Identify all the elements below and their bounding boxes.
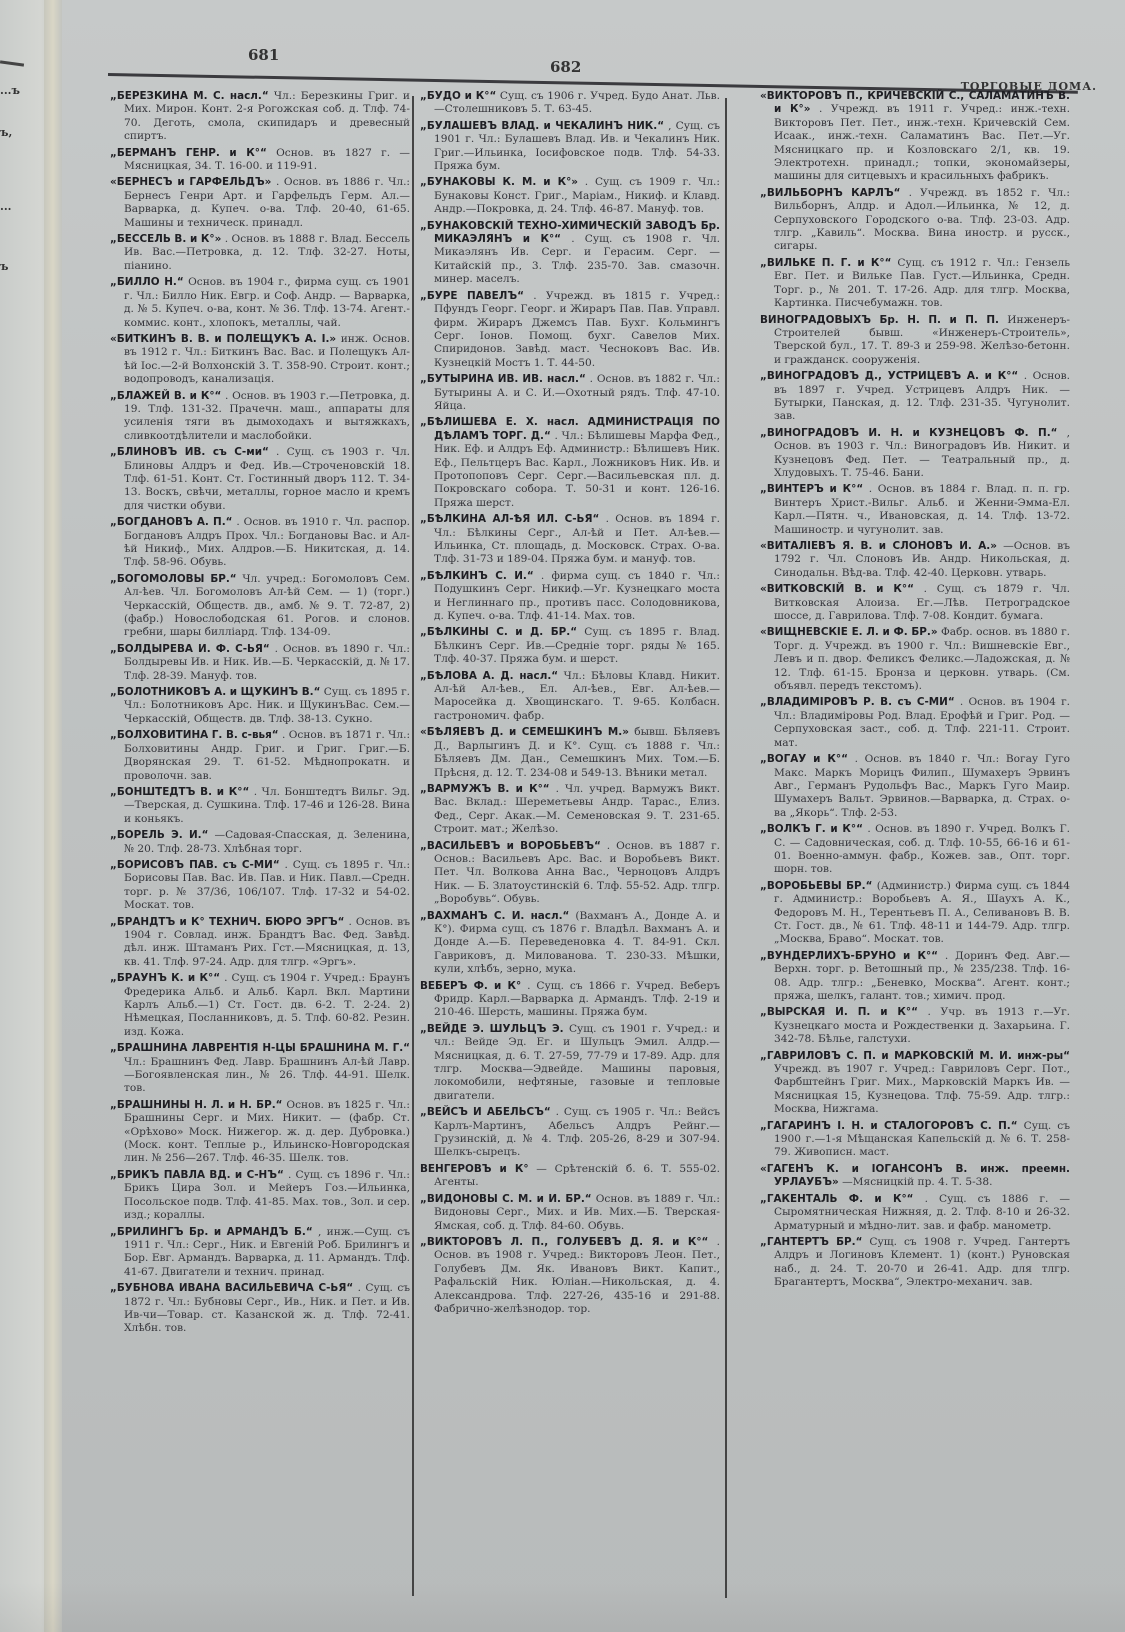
firm-name: „БѢЛКИНА АЛ-ѢЯ ИЛ. С-ЬЯ“ bbox=[420, 513, 599, 525]
directory-entry: „ВИЛЬКЕ П. Г. и К°“ Сущ. съ 1912 г. Чл.:… bbox=[760, 257, 1070, 311]
firm-name: „ВАСИЛЬЕВЪ и ВОРОБЬЕВЪ“ bbox=[420, 840, 601, 852]
directory-entry: „ВИНТЕРЪ и К°“ . Основ. въ 1884 г. Влад.… bbox=[760, 483, 1070, 537]
previous-page-fragment: ъ bbox=[0, 260, 8, 273]
directory-entry: „БОРЕЛЬ Э. И.“ —Садовая-Спасская, д. Зел… bbox=[110, 829, 410, 856]
directory-entry: „БРАНДТЪ и К° ТЕХНИЧ. БЮРО ЭРГЪ“ . Основ… bbox=[110, 916, 410, 970]
directory-entry: „БУЛАШЕВЪ ВЛАД. и ЧЕКАЛИНЪ НИК.“ , Сущ. … bbox=[420, 120, 720, 174]
firm-name: „БЛИНОВЪ ИВ. съ С-ми“ bbox=[110, 446, 269, 458]
directory-entry: «ВИЩНЕВСКІЕ Е. Л. и Ф. БР.» Фабр. основ.… bbox=[760, 626, 1070, 693]
directory-entry: „БИЛЛО Н.“ Основ. въ 1904 г., фирма сущ.… bbox=[110, 276, 410, 330]
firm-name: „БРАУНЪ К. и К°“ bbox=[110, 972, 220, 984]
firm-name: „БРИЛИНГЪ Бр. и АРМАНДЪ Б.“ bbox=[110, 1226, 313, 1238]
firm-name: „ВОЛКЪ Г. и К°“ bbox=[760, 823, 863, 835]
page-number-right: 682 bbox=[550, 58, 581, 76]
directory-entry: „БѢЛКИНЪ С. И.“ . фирма сущ. съ 1840 г. … bbox=[420, 570, 720, 624]
directory-entry: „БОЛОТНИКОВЪ А. и ЩУКИНЪ В.“ Сущ. съ 189… bbox=[110, 686, 410, 726]
firm-name: „БУНАКОВЫ К. М. и К°» bbox=[420, 176, 578, 188]
directory-entry: „БѢЛКИНЫ С. и Д. БР.“ Сущ. съ 1895 г. Вл… bbox=[420, 626, 720, 666]
firm-name: «БЕРНЕСЪ и ГАРФЕЛЬДЪ» bbox=[110, 176, 271, 188]
directory-entry: „БОРИСОВЪ ПАВ. съ С-МИ“ . Сущ. съ 1895 г… bbox=[110, 859, 410, 913]
directory-entry: „ВИНОГРАДОВЪ Д., УСТРИЦЕВЪ А. и К°“ . Ос… bbox=[760, 370, 1070, 424]
directory-entry: „БУНАКОВСКІЙ ТЕХНО-ХИМИЧЕСКІЙ ЗАВОДЪ Бр.… bbox=[420, 220, 720, 287]
directory-entry: „БЕРМАНЪ ГЕНР. и К°“ Основ. въ 1827 г. —… bbox=[110, 147, 410, 174]
directory-entry: „БѢЛИШЕВА Е. Х. насл. АДМИНИСТРАЦІЯ ПО Д… bbox=[420, 416, 720, 510]
firm-name: „БОЛХОВИТИНА Г. В. с-вья“ bbox=[110, 729, 279, 741]
directory-entry: „ВАРМУЖЪ В. и К°“ . Чл. учред. Вармужъ В… bbox=[420, 783, 720, 837]
column-middle: „БУДО и К°“ Сущ. съ 1906 г. Учред. Будо … bbox=[420, 90, 720, 1319]
firm-name: „ВОРОБЬЕВЫ БР.“ bbox=[760, 880, 872, 892]
directory-entry: «БЕРНЕСЪ и ГАРФЕЛЬДЪ» . Основ. въ 1886 г… bbox=[110, 176, 410, 230]
firm-name: «ВИТАЛІЕВЪ Я. В. и СЛОНОВЪ И. А.» bbox=[760, 540, 997, 552]
firm-name: «БИТКИНЪ В. В. и ПОЛЕЩУКЪ А. І.» bbox=[110, 333, 336, 345]
firm-name: „ВЛАДИМІРОВЪ Р. В. съ С-МИ“ bbox=[760, 696, 955, 708]
directory-entry: „БОГОМОЛОВЫ БР.“ Чл. учред.: Богомоловъ … bbox=[110, 573, 410, 640]
directory-entry: ВЕНГЕРОВЪ и К° — Срѣтенскій б. 6. Т. 555… bbox=[420, 1163, 720, 1190]
directory-entry: „БУРЕ ПАВЕЛЪ“ . Учрежд. въ 1815 г. Учред… bbox=[420, 290, 720, 370]
directory-entry: „ВЛАДИМІРОВЪ Р. В. съ С-МИ“ . Основ. въ … bbox=[760, 696, 1070, 750]
directory-entry: „ВУНДЕРЛИХЪ-БРУНО и К°“ . Доринъ Фед. Ав… bbox=[760, 950, 1070, 1004]
directory-entry: «БѢЛЯЕВЪ Д. и СЕМЕШКИНЪ М.» бывш. Бѣляев… bbox=[420, 726, 720, 780]
directory-entry: «ГАГЕНЪ К. и ІОГАНСОНЪ В. инж. преемн. У… bbox=[760, 1163, 1070, 1190]
firm-name: „ВЕЙСЪ И АБЕЛЬСЪ“ bbox=[420, 1106, 551, 1118]
firm-name: „БЕРЕЗКИНА М. С. насл.“ bbox=[110, 90, 269, 102]
firm-name: «БѢЛЯЕВЪ Д. и СЕМЕШКИНЪ М.» bbox=[420, 726, 629, 738]
firm-name: „БЛАЖЕЙ В. и К°“ bbox=[110, 390, 221, 402]
directory-entry: „ВИНОГРАДОВЪ И. Н. и КУЗНЕЦОВЪ Ф. П.“ , … bbox=[760, 427, 1070, 481]
firm-name: „БРИКЪ ПАВЛА ВД. и С-НЪ“ bbox=[110, 1169, 284, 1181]
firm-name: „БОЛОТНИКОВЪ А. и ЩУКИНЪ В.“ bbox=[110, 686, 320, 698]
previous-page-rule bbox=[0, 60, 24, 66]
firm-name: „БѢЛОВА А. Д. насл.“ bbox=[420, 670, 558, 682]
directory-entry: „БЛИНОВЪ ИВ. съ С-ми“ . Сущ. съ 1903 г. … bbox=[110, 446, 410, 513]
firm-name: „БѢЛКИНЪ С. И.“ bbox=[420, 570, 534, 582]
firm-name: ВЕБЕРЪ Ф. и К° bbox=[420, 980, 521, 992]
previous-page-fragment: ъ, bbox=[0, 126, 12, 139]
firm-name: „БОРЕЛЬ Э. И.“ bbox=[110, 829, 208, 841]
directory-entry: „ВОГАУ и К°“ . Основ. въ 1840 г. Чл.: Во… bbox=[760, 753, 1070, 820]
entry-details: . Учрежд. въ 1911 г. Учред.: инж.-техн. … bbox=[774, 103, 1070, 182]
page-bottom-shadow bbox=[0, 1582, 1125, 1632]
directory-entry: „БРАШНИНА ЛАВРЕНТІЯ Н-ЦЫ БРАШНИНА М. Г.“… bbox=[110, 1042, 410, 1096]
page-number-left: 681 bbox=[248, 46, 279, 64]
directory-entry: „ВИДОНОВЫ С. М. и И. БР.“ Основ. въ 1889… bbox=[420, 1193, 720, 1233]
firm-name: „ВИДОНОВЫ С. М. и И. БР.“ bbox=[420, 1193, 592, 1205]
directory-entry: „ВИКТОРОВЪ Л. П., ГОЛУБЕВЪ Д. Я. и К°“ .… bbox=[420, 1236, 720, 1316]
previous-page-fragment: ...ъ bbox=[0, 84, 20, 97]
directory-entry: „ВЕЙДЕ Э. ШУЛЬЦЪ Э. Сущ. съ 1901 г. Учре… bbox=[420, 1023, 720, 1103]
firm-name: „ВОГАУ и К°“ bbox=[760, 753, 848, 765]
firm-name: „БУТЫРИНА ИВ. ИВ. насл.“ bbox=[420, 373, 586, 385]
firm-name: „ГАГАРИНЪ І. Н. и СТАЛОГОРОВЪ С. П.“ bbox=[760, 1120, 1018, 1132]
firm-name: ВИНОГРАДОВЫХЪ Бр. Н. П. и П. П. bbox=[760, 314, 999, 326]
directory-entry: „БОГДАНОВЪ А. П.“ . Основ. въ 1910 г. Чл… bbox=[110, 516, 410, 570]
firm-name: «ВИТКОВСКІЙ В. и К°“ bbox=[760, 583, 914, 595]
directory-entry: „ВОЛКЪ Г. и К°“ . Основ. въ 1890 г. Учре… bbox=[760, 823, 1070, 877]
directory-entry: „ГАНТЕРТЪ БР.“ Сущ. съ 1908 г. Учред. Га… bbox=[760, 1236, 1070, 1290]
directory-entry: „ВИЛЬБОРНЪ КАРЛЪ“ . Учрежд. въ 1852 г. Ч… bbox=[760, 187, 1070, 254]
firm-name: „БѢЛКИНЫ С. и Д. БР.“ bbox=[420, 626, 577, 638]
firm-name: „БУБНОВА ИВАНА ВАСИЛЬЕВИЧА С-ЬЯ“ bbox=[110, 1282, 353, 1294]
directory-entry: „ВОРОБЬЕВЫ БР.“ (Администр.) Фирма сущ. … bbox=[760, 880, 1070, 947]
directory-entry: „БУДО и К°“ Сущ. съ 1906 г. Учред. Будо … bbox=[420, 90, 720, 117]
firm-name: „БРАШНИНА ЛАВРЕНТІЯ Н-ЦЫ БРАШНИНА М. Г.“ bbox=[110, 1042, 410, 1054]
firm-name: „БОРИСОВЪ ПАВ. съ С-МИ“ bbox=[110, 859, 280, 871]
previous-page-fragment: ... bbox=[0, 200, 12, 213]
book-gutter bbox=[44, 0, 62, 1632]
firm-name: „БУЛАШЕВЪ ВЛАД. и ЧЕКАЛИНЪ НИК.“ bbox=[420, 120, 664, 132]
firm-name: „ВИЛЬКЕ П. Г. и К°“ bbox=[760, 257, 891, 269]
firm-name: „БОНШТЕДТЪ В. и К°“ bbox=[110, 786, 249, 798]
firm-name: «ВИЩНЕВСКІЕ Е. Л. и Ф. БР.» bbox=[760, 626, 938, 638]
directory-entry: „БЛАЖЕЙ В. и К°“ . Основ. въ 1903 г.—Пет… bbox=[110, 390, 410, 444]
directory-entry: „БОЛДЫРЕВА И. Ф. С-ЬЯ“ . Основ. въ 1890 … bbox=[110, 643, 410, 683]
firm-name: „БИЛЛО Н.“ bbox=[110, 276, 184, 288]
directory-entry: «БИТКИНЪ В. В. и ПОЛЕЩУКЪ А. І.» инж. Ос… bbox=[110, 333, 410, 387]
firm-name: „ВИЛЬБОРНЪ КАРЛЪ“ bbox=[760, 187, 901, 199]
directory-entry: „БОЛХОВИТИНА Г. В. с-вья“ . Основ. въ 18… bbox=[110, 729, 410, 783]
directory-entry: ВИНОГРАДОВЫХЪ Бр. Н. П. и П. П. Инженеръ… bbox=[760, 314, 1070, 368]
firm-name: „БОЛДЫРЕВА И. Ф. С-ЬЯ“ bbox=[110, 643, 270, 655]
directory-entry: „ВЕЙСЪ И АБЕЛЬСЪ“ . Сущ. съ 1905 г. Чл.:… bbox=[420, 1106, 720, 1160]
entry-details: Чл.: Брашнинъ Фед. Лавр. Брашнинъ Ал-ѣй … bbox=[124, 1056, 410, 1095]
directory-entry: «ВИТАЛІЕВЪ Я. В. и СЛОНОВЪ И. А.» —Основ… bbox=[760, 540, 1070, 580]
firm-name: „БЕССЕЛЬ В. и К°» bbox=[110, 233, 221, 245]
firm-name: „ГАНТЕРТЪ БР.“ bbox=[760, 1236, 862, 1248]
directory-entry: ВЕБЕРЪ Ф. и К° . Сущ. съ 1866 г. Учред. … bbox=[420, 980, 720, 1020]
directory-entry: „БРАШНИНЫ Н. Л. и Н. БР.“ Основ. въ 1825… bbox=[110, 1099, 410, 1166]
firm-name: „ВАХМАНЪ С. И. насл.“ bbox=[420, 910, 569, 922]
entry-details: —Мясницкій пр. 4. Т. 5-38. bbox=[842, 1176, 992, 1188]
firm-name: „ВИНТЕРЪ и К°“ bbox=[760, 483, 863, 495]
directory-entry: „БУНАКОВЫ К. М. и К°» . Сущ. съ 1909 г. … bbox=[420, 176, 720, 216]
column-left: „БЕРЕЗКИНА М. С. насл.“ Чл.: Березкины Г… bbox=[110, 90, 410, 1339]
directory-entry: „БРИЛИНГЪ Бр. и АРМАНДЪ Б.“ , инж.—Сущ. … bbox=[110, 1226, 410, 1280]
firm-name: „БОГОМОЛОВЫ БР.“ bbox=[110, 573, 237, 585]
directory-entry: „ГАВРИЛОВЪ С. П. и МАРКОВСКІЙ М. И. инж-… bbox=[760, 1050, 1070, 1117]
directory-entry: „ВАСИЛЬЕВЪ и ВОРОБЬЕВЪ“ . Основ. въ 1887… bbox=[420, 840, 720, 907]
directory-entry: «ВИКТОРОВЪ П., КРИЧЕВСКІЙ С., САЛАМАТИНЪ… bbox=[760, 90, 1070, 184]
firm-name: „ГАКЕНТАЛЬ Ф. и К°“ bbox=[760, 1193, 913, 1205]
firm-name: „ВУНДЕРЛИХЪ-БРУНО и К°“ bbox=[760, 950, 938, 962]
directory-entry: „БРИКЪ ПАВЛА ВД. и С-НЪ“ . Сущ. съ 1896 … bbox=[110, 1169, 410, 1223]
directory-entry: „БЕРЕЗКИНА М. С. насл.“ Чл.: Березкины Г… bbox=[110, 90, 410, 144]
directory-entry: „БЕССЕЛЬ В. и К°» . Основ. въ 1888 г. Вл… bbox=[110, 233, 410, 273]
column-right: «ВИКТОРОВЪ П., КРИЧЕВСКІЙ С., САЛАМАТИНЪ… bbox=[760, 90, 1070, 1293]
firm-name: „ВЕЙДЕ Э. ШУЛЬЦЪ Э. bbox=[420, 1023, 564, 1035]
firm-name: „БУРЕ ПАВЕЛЪ“ bbox=[420, 290, 524, 302]
column-divider bbox=[725, 98, 727, 1598]
directory-entry: «ВИТКОВСКІЙ В. и К°“ . Сущ. съ 1879 г. Ч… bbox=[760, 583, 1070, 623]
firm-name: „ВЫРСКАЯ И. П. и К°“ bbox=[760, 1006, 918, 1018]
directory-entry: „БУБНОВА ИВАНА ВАСИЛЬЕВИЧА С-ЬЯ“ . Сущ. … bbox=[110, 1282, 410, 1336]
firm-name: „БЕРМАНЪ ГЕНР. и К°“ bbox=[110, 147, 267, 159]
column-divider bbox=[412, 96, 414, 1596]
firm-name: „БОГДАНОВЪ А. П.“ bbox=[110, 516, 232, 528]
directory-entry: „ВЫРСКАЯ И. П. и К°“ . Учр. въ 1913 г.—У… bbox=[760, 1006, 1070, 1046]
directory-entry: „БРАУНЪ К. и К°“ . Сущ. съ 1904 г. Учред… bbox=[110, 972, 410, 1039]
firm-name: „ВИКТОРОВЪ Л. П., ГОЛУБЕВЪ Д. Я. и К°“ bbox=[420, 1236, 708, 1248]
firm-name: „ВИНОГРАДОВЪ Д., УСТРИЦЕВЪ А. и К°“ bbox=[760, 370, 1018, 382]
firm-name: „БУДО и К°“ bbox=[420, 90, 496, 102]
directory-entry: „БОНШТЕДТЪ В. и К°“ . Чл. Бонштедтъ Виль… bbox=[110, 786, 410, 826]
firm-name: ВЕНГЕРОВЪ и К° bbox=[420, 1163, 529, 1175]
firm-name: „ВАРМУЖЪ В. и К°“ bbox=[420, 783, 550, 795]
directory-entry: „БѢЛОВА А. Д. насл.“ Чл.: Бѣловы Клавд. … bbox=[420, 670, 720, 724]
directory-entry: „ВАХМАНЪ С. И. насл.“ (Вахманъ А., Донде… bbox=[420, 910, 720, 977]
directory-entry: „ГАГАРИНЪ І. Н. и СТАЛОГОРОВЪ С. П.“ Сущ… bbox=[760, 1120, 1070, 1160]
entry-details: Учрежд. въ 1907 г. Учред.: Гавриловъ Сер… bbox=[774, 1063, 1070, 1115]
firm-name: „ВИНОГРАДОВЪ И. Н. и КУЗНЕЦОВЪ Ф. П.“ bbox=[760, 427, 1057, 439]
firm-name: „ГАВРИЛОВЪ С. П. и МАРКОВСКІЙ М. И. инж-… bbox=[760, 1050, 1070, 1062]
firm-name: „БРАШНИНЫ Н. Л. и Н. БР.“ bbox=[110, 1099, 282, 1111]
directory-entry: „БѢЛКИНА АЛ-ѢЯ ИЛ. С-ЬЯ“ . Основ. въ 189… bbox=[420, 513, 720, 567]
directory-entry: „ГАКЕНТАЛЬ Ф. и К°“ . Сущ. съ 1886 г. —С… bbox=[760, 1193, 1070, 1233]
directory-entry: „БУТЫРИНА ИВ. ИВ. насл.“ . Основ. въ 188… bbox=[420, 373, 720, 413]
firm-name: „БРАНДТЪ и К° ТЕХНИЧ. БЮРО ЭРГЪ“ bbox=[110, 916, 344, 928]
